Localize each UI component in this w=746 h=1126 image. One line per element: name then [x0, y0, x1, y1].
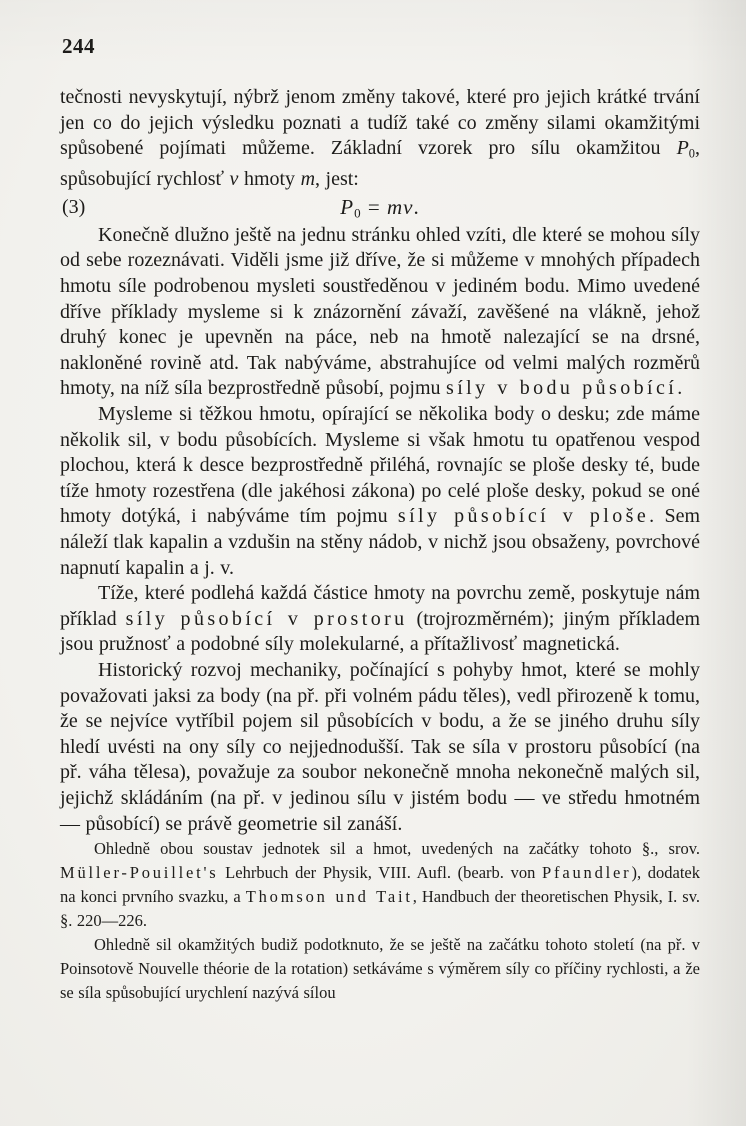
- emphasized-spaced-text: síly působící v prostoru: [126, 608, 408, 630]
- emphasized-spaced-text: síly v bodu působící: [446, 377, 677, 399]
- equation-formula: P0 = mv.: [60, 194, 700, 227]
- math-variable: P: [677, 137, 689, 159]
- text-segment: Historický rozvoj mechaniky, počínající …: [60, 659, 700, 835]
- math-variable: mv: [387, 195, 414, 219]
- text-segment: .: [677, 377, 682, 399]
- text-segment: Ohledně sil okamžitých budiž podotknuto,…: [60, 935, 700, 1002]
- body-paragraph: tečnosti nevyskytují, nýbrž jenom změny …: [60, 85, 700, 193]
- text-segment: Ohledně obou soustav jednotek sil a hmot…: [94, 839, 700, 858]
- emphasized-spaced-text: Müller-Pouillet's: [60, 863, 219, 882]
- body-paragraph: Mysleme si těžkou hmotu, opírající se ně…: [60, 402, 700, 581]
- text-segment: Lehrbuch der Physik, VIII. Aufl. (bearb.…: [219, 863, 543, 882]
- page-number: 244: [62, 34, 700, 58]
- footnote-paragraph: Ohledně sil okamžitých budiž podotknuto,…: [60, 933, 700, 1005]
- math-variable: P: [340, 195, 354, 219]
- equation-number: (3): [62, 194, 85, 220]
- emphasized-spaced-text: síly působící v ploše: [398, 505, 649, 527]
- body-paragraph: Historický rozvoj mechaniky, počínající …: [60, 658, 700, 837]
- emphasized-spaced-text: Thomson und Tait: [246, 887, 413, 906]
- text-segment: , jest:: [315, 168, 359, 190]
- text-segment: .: [413, 195, 419, 219]
- text-segment: Konečně dlužno ještě na jednu stránku oh…: [60, 224, 700, 400]
- math-variable: m: [301, 168, 315, 190]
- text-column: tečnosti nevyskytují, nýbrž jenom změny …: [60, 85, 700, 1005]
- text-segment: tečnosti nevyskytují, nýbrž jenom změny …: [60, 86, 700, 159]
- body-paragraph: Tíže, které podlehá každá částice hmoty …: [60, 581, 700, 658]
- text-segment: hmoty: [238, 168, 300, 190]
- text-segment: =: [362, 195, 387, 219]
- footnote-paragraph: Ohledně obou soustav jednotek sil a hmot…: [60, 837, 700, 933]
- equation-row: (3)P0 = mv.: [60, 194, 700, 222]
- math-subscript: 0: [354, 205, 362, 220]
- book-page: 244 tečnosti nevyskytují, nýbrž jenom zm…: [0, 0, 746, 1126]
- body-paragraph: Konečně dlužno ještě na jednu stránku oh…: [60, 223, 700, 402]
- emphasized-spaced-text: Pfaundler: [542, 863, 631, 882]
